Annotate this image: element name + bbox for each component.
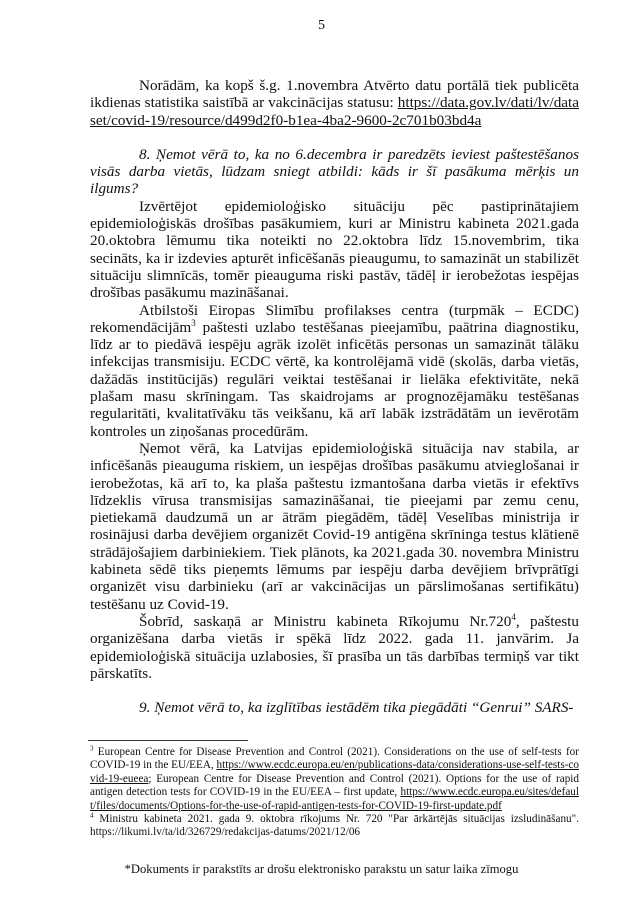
signature-notice: *Dokuments ir parakstīts ar drošu elektr… — [0, 862, 643, 877]
page-number: 5 — [0, 18, 643, 34]
footnote-4: 4 Ministru kabineta 2021. gada 9. oktobr… — [90, 813, 579, 840]
footnote-text: Ministru kabineta 2021. gada 9. oktobra … — [90, 813, 579, 838]
paragraph-order-720: Šobrīd, saskaņā ar Ministru kabineta Rīk… — [90, 613, 579, 682]
paragraph-open-data: Norādām, ka kopš š.g. 1.novembra Atvērto… — [90, 77, 579, 129]
paragraph-text: Šobrīd, saskaņā ar Ministru kabineta Rīk… — [139, 613, 511, 630]
paragraph-evaluation: Izvērtējot epidemioloģisko situāciju pēc… — [90, 198, 579, 302]
paragraph-text: paštesti uzlabo testēšanas pieejamību, p… — [90, 319, 579, 440]
footnote-3: 3 European Centre for Disease Prevention… — [90, 746, 579, 813]
footnote-separator — [88, 740, 248, 741]
footnotes: 3 European Centre for Disease Prevention… — [90, 746, 579, 840]
paragraph-ecdc: Atbilstoši Eiropas Slimību profilakses c… — [90, 302, 579, 440]
question-8: 8. Ņemot vērā to, ka no 6.decembra ir pa… — [90, 146, 579, 198]
paragraph-latvia-situation: Ņemot vērā, ka Latvijas epidemioloģiskā … — [90, 440, 579, 613]
question-9: 9. Ņemot vērā to, ka izglītības iestādēm… — [90, 699, 579, 716]
document-body: Norādām, ka kopš š.g. 1.novembra Atvērto… — [90, 77, 579, 716]
